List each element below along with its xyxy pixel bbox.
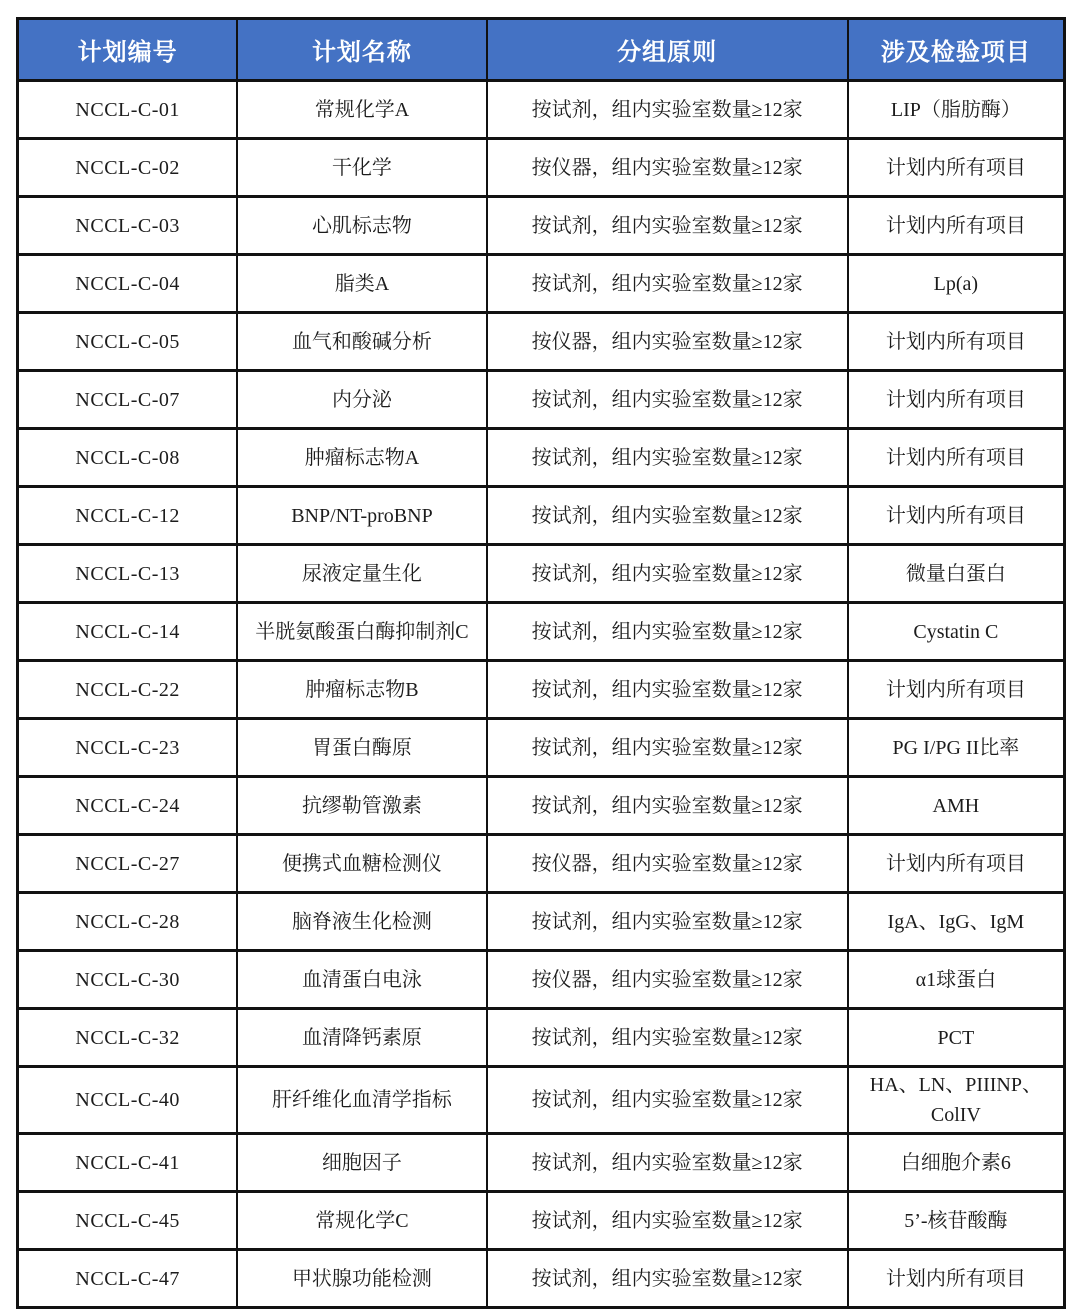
table-header: 计划编号计划名称分组原则涉及检验项目 <box>18 19 1065 81</box>
table-row: NCCL-C-23胃蛋白酶原按试剂，组内实验室数量≥12家PG I/PG II比… <box>18 719 1065 777</box>
cell-items: 计划内所有项目 <box>848 661 1065 719</box>
cell-grouping: 按试剂，组内实验室数量≥12家 <box>487 893 848 951</box>
cell-items: 5’-核苷酸酶 <box>848 1192 1065 1250</box>
table-row: NCCL-C-12BNP/NT-proBNP按试剂，组内实验室数量≥12家计划内… <box>18 487 1065 545</box>
cell-items: 计划内所有项目 <box>848 487 1065 545</box>
cell-plan_id: NCCL-C-23 <box>18 719 238 777</box>
cell-grouping: 按试剂，组内实验室数量≥12家 <box>487 777 848 835</box>
table-row: NCCL-C-07内分泌按试剂，组内实验室数量≥12家计划内所有项目 <box>18 371 1065 429</box>
cell-items: 微量白蛋白 <box>848 545 1065 603</box>
cell-items: PG I/PG II比率 <box>848 719 1065 777</box>
cell-plan_name: 常规化学C <box>237 1192 486 1250</box>
cell-items: α1球蛋白 <box>848 951 1065 1009</box>
cell-plan_name: 脑脊液生化检测 <box>237 893 486 951</box>
cell-plan_id: NCCL-C-41 <box>18 1134 238 1192</box>
cell-plan_id: NCCL-C-28 <box>18 893 238 951</box>
cell-plan_name: 半胱氨酸蛋白酶抑制剂C <box>237 603 486 661</box>
header-row: 计划编号计划名称分组原则涉及检验项目 <box>18 19 1065 81</box>
cell-grouping: 按仪器，组内实验室数量≥12家 <box>487 951 848 1009</box>
cell-items: Lp(a) <box>848 255 1065 313</box>
cell-plan_id: NCCL-C-04 <box>18 255 238 313</box>
cell-plan_id: NCCL-C-45 <box>18 1192 238 1250</box>
cell-plan_id: NCCL-C-14 <box>18 603 238 661</box>
table-row: NCCL-C-22肿瘤标志物B按试剂，组内实验室数量≥12家计划内所有项目 <box>18 661 1065 719</box>
cell-plan_name: 胃蛋白酶原 <box>237 719 486 777</box>
table-row: NCCL-C-04脂类A按试剂，组内实验室数量≥12家Lp(a) <box>18 255 1065 313</box>
table-row: NCCL-C-05血气和酸碱分析按仪器，组内实验室数量≥12家计划内所有项目 <box>18 313 1065 371</box>
cell-plan_id: NCCL-C-24 <box>18 777 238 835</box>
cell-grouping: 按试剂，组内实验室数量≥12家 <box>487 1067 848 1134</box>
cell-plan_name: 干化学 <box>237 139 486 197</box>
cell-plan_name: 内分泌 <box>237 371 486 429</box>
table-row: NCCL-C-45常规化学C按试剂，组内实验室数量≥12家5’-核苷酸酶 <box>18 1192 1065 1250</box>
cell-plan_id: NCCL-C-01 <box>18 81 238 139</box>
table-row: NCCL-C-02干化学按仪器，组内实验室数量≥12家计划内所有项目 <box>18 139 1065 197</box>
cell-grouping: 按仪器，组内实验室数量≥12家 <box>487 313 848 371</box>
cell-grouping: 按仪器，组内实验室数量≥12家 <box>487 835 848 893</box>
table-row: NCCL-C-41细胞因子按试剂，组内实验室数量≥12家白细胞介素6 <box>18 1134 1065 1192</box>
cell-grouping: 按仪器，组内实验室数量≥12家 <box>487 139 848 197</box>
cell-plan_name: 抗缪勒管激素 <box>237 777 486 835</box>
table-row: NCCL-C-08肿瘤标志物A按试剂，组内实验室数量≥12家计划内所有项目 <box>18 429 1065 487</box>
cell-plan_id: NCCL-C-12 <box>18 487 238 545</box>
cell-plan_name: 脂类A <box>237 255 486 313</box>
cell-plan_name: 心肌标志物 <box>237 197 486 255</box>
cell-plan_name: 血气和酸碱分析 <box>237 313 486 371</box>
cell-plan_name: 细胞因子 <box>237 1134 486 1192</box>
cell-grouping: 按试剂，组内实验室数量≥12家 <box>487 371 848 429</box>
cell-plan_id: NCCL-C-05 <box>18 313 238 371</box>
cell-plan_name: BNP/NT-proBNP <box>237 487 486 545</box>
cell-plan_name: 常规化学A <box>237 81 486 139</box>
cell-plan_name: 肿瘤标志物B <box>237 661 486 719</box>
table-row: NCCL-C-32血清降钙素原按试剂，组内实验室数量≥12家PCT <box>18 1009 1065 1067</box>
table-row: NCCL-C-24抗缪勒管激素按试剂，组内实验室数量≥12家AMH <box>18 777 1065 835</box>
cell-plan_name: 肝纤维化血清学指标 <box>237 1067 486 1134</box>
cell-plan_id: NCCL-C-02 <box>18 139 238 197</box>
cell-plan_name: 血清降钙素原 <box>237 1009 486 1067</box>
table-row: NCCL-C-40肝纤维化血清学指标按试剂，组内实验室数量≥12家HA、LN、P… <box>18 1067 1065 1134</box>
cell-items: HA、LN、PIIINP、ColIV <box>848 1067 1065 1134</box>
document-page: 计划编号计划名称分组原则涉及检验项目 NCCL-C-01常规化学A按试剂，组内实… <box>0 0 1080 1299</box>
cell-plan_id: NCCL-C-40 <box>18 1067 238 1134</box>
cell-items: Cystatin C <box>848 603 1065 661</box>
header-cell-items: 涉及检验项目 <box>848 19 1065 81</box>
cell-grouping: 按试剂，组内实验室数量≥12家 <box>487 81 848 139</box>
cell-plan_id: NCCL-C-27 <box>18 835 238 893</box>
header-cell-plan_id: 计划编号 <box>18 19 238 81</box>
cell-grouping: 按试剂，组内实验室数量≥12家 <box>487 255 848 313</box>
cell-grouping: 按试剂，组内实验室数量≥12家 <box>487 197 848 255</box>
cell-items: 计划内所有项目 <box>848 835 1065 893</box>
header-cell-plan_name: 计划名称 <box>237 19 486 81</box>
cell-grouping: 按试剂，组内实验室数量≥12家 <box>487 661 848 719</box>
cell-grouping: 按试剂，组内实验室数量≥12家 <box>487 487 848 545</box>
cell-items: LIP（脂肪酶） <box>848 81 1065 139</box>
cell-plan_id: NCCL-C-30 <box>18 951 238 1009</box>
cell-grouping: 按试剂，组内实验室数量≥12家 <box>487 429 848 487</box>
table-row: NCCL-C-14半胱氨酸蛋白酶抑制剂C按试剂，组内实验室数量≥12家Cysta… <box>18 603 1065 661</box>
cell-plan_id: NCCL-C-13 <box>18 545 238 603</box>
cell-items: IgA、IgG、IgM <box>848 893 1065 951</box>
cell-plan_id: NCCL-C-22 <box>18 661 238 719</box>
cell-grouping: 按试剂，组内实验室数量≥12家 <box>487 1192 848 1250</box>
cell-plan_id: NCCL-C-03 <box>18 197 238 255</box>
plan-table: 计划编号计划名称分组原则涉及检验项目 NCCL-C-01常规化学A按试剂，组内实… <box>16 17 1066 1309</box>
cell-grouping: 按试剂，组内实验室数量≥12家 <box>487 1134 848 1192</box>
cell-plan_id: NCCL-C-07 <box>18 371 238 429</box>
cell-grouping: 按试剂，组内实验室数量≥12家 <box>487 719 848 777</box>
cell-items: 计划内所有项目 <box>848 371 1065 429</box>
table-row: NCCL-C-27便携式血糖检测仪按仪器，组内实验室数量≥12家计划内所有项目 <box>18 835 1065 893</box>
cell-items: 计划内所有项目 <box>848 313 1065 371</box>
cell-items: 白细胞介素6 <box>848 1134 1065 1192</box>
cell-plan_name: 肿瘤标志物A <box>237 429 486 487</box>
table-row: NCCL-C-01常规化学A按试剂，组内实验室数量≥12家LIP（脂肪酶） <box>18 81 1065 139</box>
cell-plan_name: 便携式血糖检测仪 <box>237 835 486 893</box>
cell-grouping: 按试剂，组内实验室数量≥12家 <box>487 1009 848 1067</box>
table-row: NCCL-C-03心肌标志物按试剂，组内实验室数量≥12家计划内所有项目 <box>18 197 1065 255</box>
cell-items: AMH <box>848 777 1065 835</box>
cell-items: 计划内所有项目 <box>848 197 1065 255</box>
table-body: NCCL-C-01常规化学A按试剂，组内实验室数量≥12家LIP（脂肪酶）NCC… <box>18 81 1065 1308</box>
table-row: NCCL-C-13尿液定量生化按试剂，组内实验室数量≥12家微量白蛋白 <box>18 545 1065 603</box>
cell-items: 计划内所有项目 <box>848 139 1065 197</box>
cell-plan_id: NCCL-C-08 <box>18 429 238 487</box>
cell-items: 计划内所有项目 <box>848 429 1065 487</box>
cell-grouping: 按试剂，组内实验室数量≥12家 <box>487 603 848 661</box>
cell-grouping: 按试剂，组内实验室数量≥12家 <box>487 545 848 603</box>
table-row: NCCL-C-30血清蛋白电泳按仪器，组内实验室数量≥12家α1球蛋白 <box>18 951 1065 1009</box>
header-cell-grouping: 分组原则 <box>487 19 848 81</box>
cell-plan_id: NCCL-C-32 <box>18 1009 238 1067</box>
table-row: NCCL-C-28脑脊液生化检测按试剂，组内实验室数量≥12家IgA、IgG、I… <box>18 893 1065 951</box>
cell-plan_name: 尿液定量生化 <box>237 545 486 603</box>
cell-plan_name: 血清蛋白电泳 <box>237 951 486 1009</box>
cell-items: PCT <box>848 1009 1065 1067</box>
